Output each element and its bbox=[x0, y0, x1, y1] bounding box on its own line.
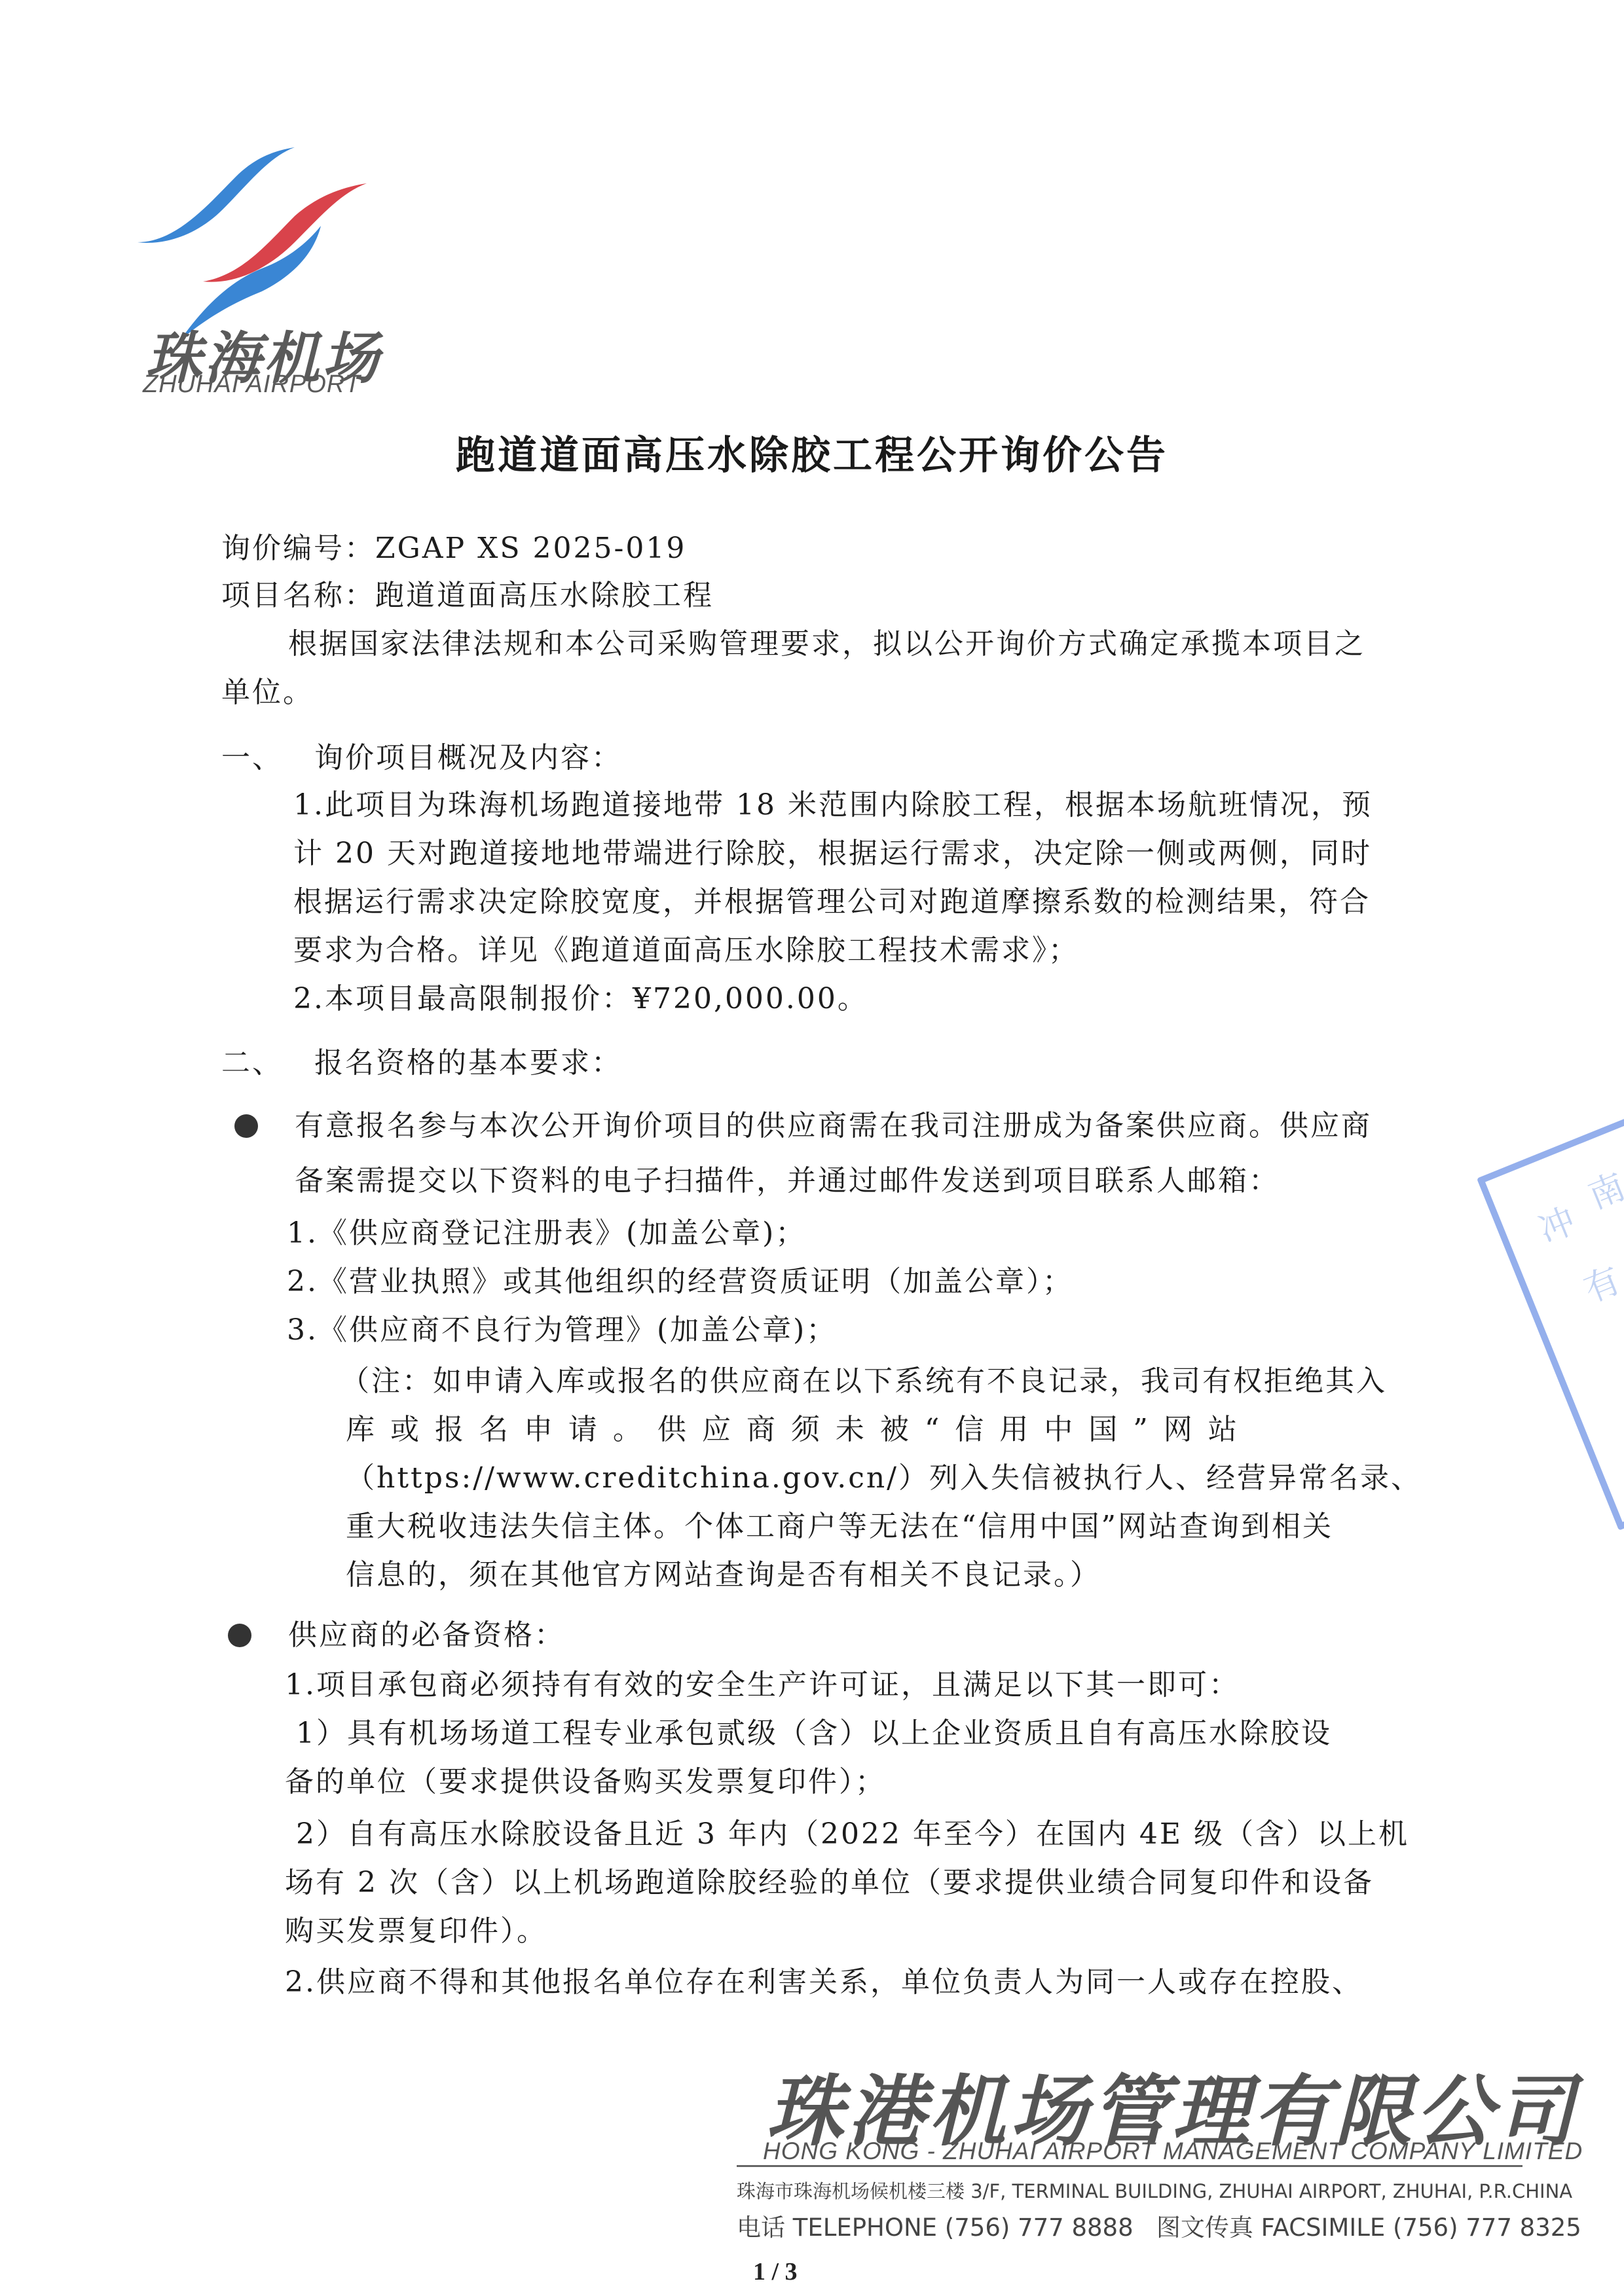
intro-line-2: 单位。 bbox=[221, 673, 314, 712]
sub-1-line-2: 备的单位（要求提供设备购买发票复印件）； bbox=[285, 1762, 886, 1802]
section-1-number: 一、 bbox=[221, 738, 283, 778]
section-1-item-2: 2.本项目最高限制报价：¥720,000.00。 bbox=[293, 979, 868, 1019]
footer-company-en: HONG KONG - ZHUHAI AIRPORT MANAGEMENT CO… bbox=[763, 2138, 1583, 2165]
inquiry-number: 询价编号：ZGAP XS 2025-019 bbox=[221, 529, 686, 568]
bullet-2-item-1: 1.项目承包商必须持有有效的安全生产许可证，且满足以下其一即可： bbox=[285, 1666, 1240, 1705]
sub-2-line-1: 2）自有高压水除胶设备且近 3 年内（2022 年至今）在国内 4E 级（含）以… bbox=[296, 1815, 1409, 1854]
intro-line-1: 根据国家法律法规和本公司采购管理要求，拟以公开询价方式确定承揽本项目之 bbox=[288, 625, 1365, 664]
section-1-item-1-line-2: 计 20 天对跑道接地地带端进行除胶，根据运行需求，决定除一侧或两侧，同时 bbox=[293, 834, 1372, 873]
section-2-heading: 报名资格的基本要求： bbox=[314, 1044, 622, 1083]
bullet-icon bbox=[228, 1624, 251, 1647]
sub-2-line-3: 购买发票复印件）。 bbox=[285, 1912, 547, 1951]
section-2-number: 二、 bbox=[221, 1044, 283, 1083]
note-line-4: 重大税收违法失信主体。个体工商户等无法在“信用中国”网站查询到相关 bbox=[346, 1507, 1333, 1546]
bullet-2-heading: 供应商的必备资格： bbox=[288, 1616, 565, 1655]
note-line-2: 库 或 报 名 申 请 。 供 应 商 须 未 被 “ 信 用 中 国 ” 网 … bbox=[346, 1410, 1239, 1449]
footer-address: 珠海市珠海机场候机楼三楼 3/F, TERMINAL BUILDING, ZHU… bbox=[737, 2177, 1572, 2204]
bullet-2-item-2: 2.供应商不得和其他报名单位存在利害关系，单位负责人为同一人或存在控股、 bbox=[285, 1963, 1363, 2002]
note-line-1: （注：如申请入库或报名的供应商在以下系统有不良记录，我司有权拒绝其入 bbox=[341, 1362, 1387, 1401]
stamp-char: 冲 bbox=[1530, 1193, 1582, 1253]
doc-item-2: 2.《营业执照》或其他组织的经营资质证明（加盖公章）； bbox=[287, 1262, 1073, 1302]
doc-item-1: 1.《供应商登记注册表》(加盖公章)； bbox=[287, 1214, 806, 1253]
section-1-item-1-line-3: 根据运行需求决定除胶宽度，并根据管理公司对跑道摩擦系数的检测结果，符合 bbox=[293, 883, 1371, 922]
company-seal-stamp: 冲 南 有 限 bbox=[1477, 1095, 1624, 1531]
sub-1-line-1: 1）具有机场场道工程专业承包贰级（含）以上企业资质且自有高压水除胶设 bbox=[296, 1714, 1332, 1753]
section-1-item-1-line-4: 要求为合格。详见《跑道道面高压水除胶工程技术需求》； bbox=[293, 931, 1079, 970]
section-1-heading: 询价项目概况及内容： bbox=[314, 738, 622, 778]
note-line-3: （https://www.creditchina.gov.cn/）列入失信被执行… bbox=[346, 1459, 1422, 1498]
note-line-5: 信息的，须在其他官方网站查询是否有相关不良记录。） bbox=[346, 1556, 1101, 1595]
doc-item-3: 3.《供应商不良行为管理》(加盖公章)； bbox=[287, 1311, 837, 1350]
page-number: 1 / 3 bbox=[753, 2257, 798, 2286]
section-1-item-1-line-1: 1.此项目为珠海机场跑道接地带 18 米范围内除胶工程，根据本场航班情况，预 bbox=[293, 786, 1373, 825]
zhuhai-airport-logo-icon bbox=[138, 144, 373, 340]
bullet-1-line-1: 有意报名参与本次公开询价项目的供应商需在我司注册成为备案供应商。供应商 bbox=[295, 1106, 1372, 1146]
logo-name-en: ZHUHAI AIRPORT bbox=[143, 371, 361, 399]
bullet-icon bbox=[234, 1114, 258, 1138]
bullet-1-line-2: 备案需提交以下资料的电子扫描件，并通过邮件发送到项目联系人邮箱： bbox=[295, 1161, 1280, 1201]
stamp-char: 有 bbox=[1576, 1252, 1624, 1313]
document-title: 跑道道面高压水除胶工程公开询价公告 bbox=[0, 424, 1624, 481]
stamp-char: 南 bbox=[1580, 1159, 1624, 1219]
sub-2-line-2: 场有 2 次（含）以上机场跑道除胶经验的单位（要求提供业绩合同复印件和设备 bbox=[285, 1863, 1374, 1903]
project-name: 项目名称：跑道道面高压水除胶工程 bbox=[221, 576, 714, 615]
footer-divider bbox=[737, 2165, 1522, 2167]
footer-contact: 电话 TELEPHONE (756) 777 8888 图文传真 FACSIMI… bbox=[737, 2208, 1581, 2243]
